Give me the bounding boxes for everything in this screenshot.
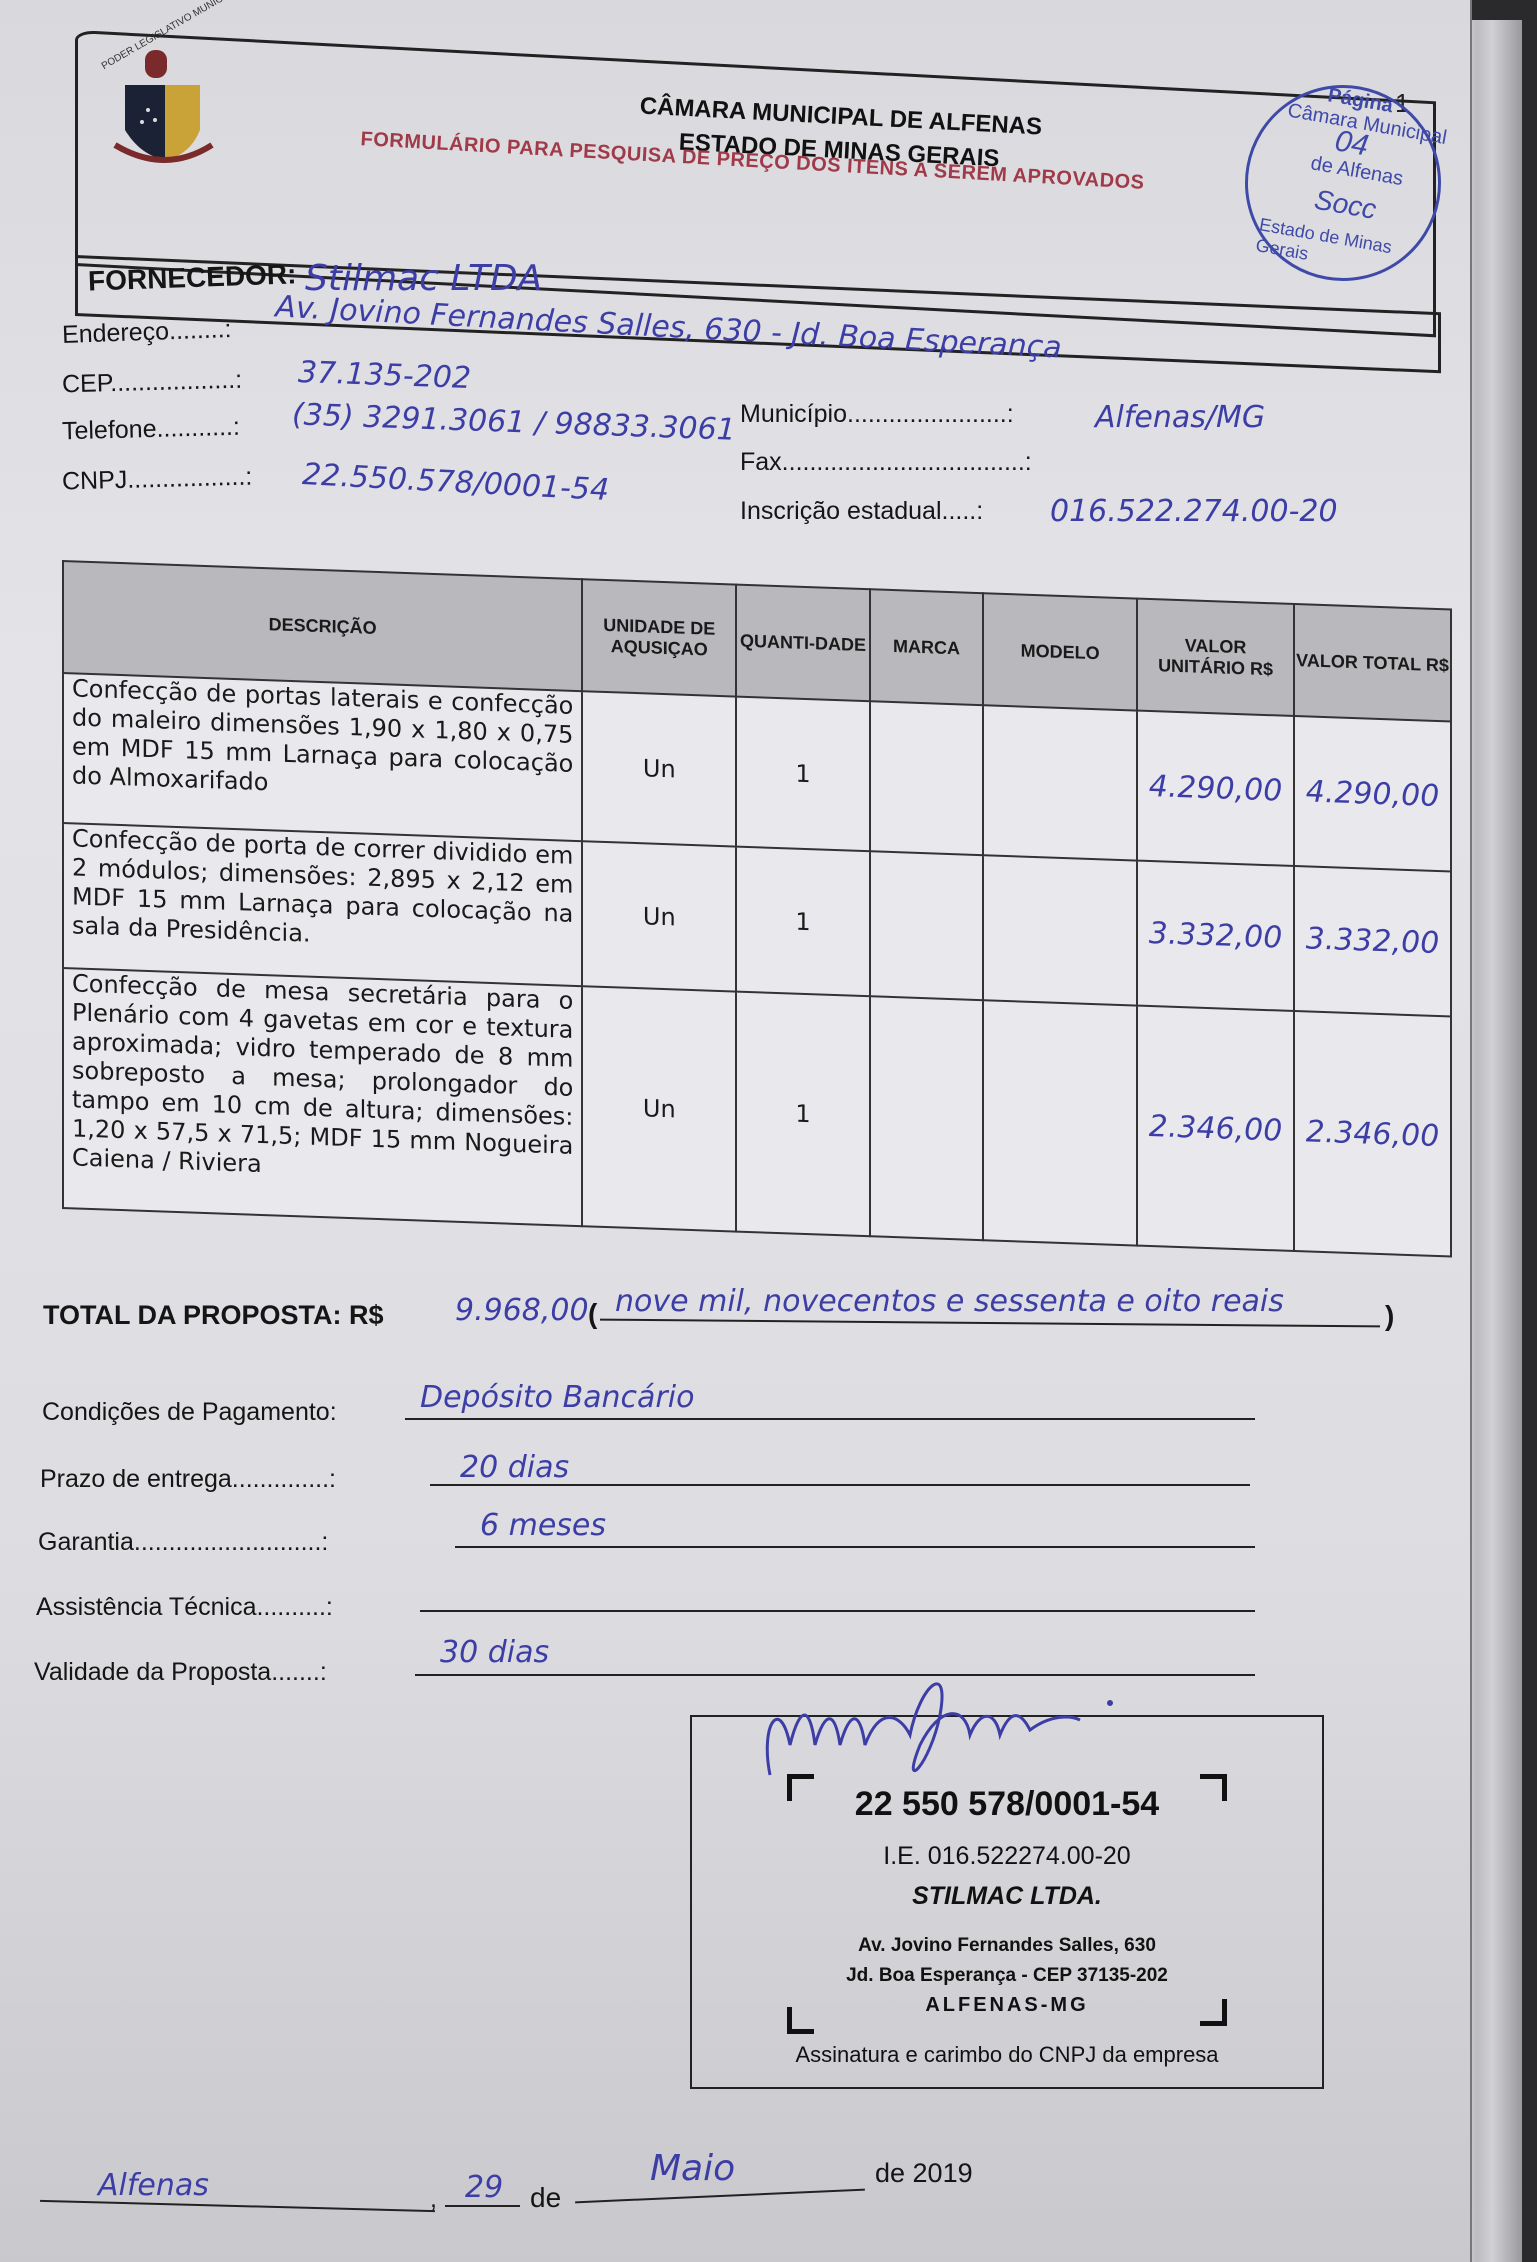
- prazo-value: 20 dias: [460, 1450, 569, 1485]
- row-modelo: [983, 705, 1137, 860]
- endereco-label: Endereço........:: [62, 315, 232, 350]
- stamp-city: ALFENAS-MG: [692, 1994, 1322, 2017]
- total-close-paren: ): [1385, 1300, 1394, 1332]
- row-descricao: Confecção de portas laterais e confecção…: [63, 673, 582, 841]
- row-marca: [870, 701, 983, 855]
- row-descricao: Confecção de porta de correr dividido em…: [63, 823, 582, 986]
- row-modelo: [983, 855, 1137, 1005]
- municipio-label: Município.......................:: [740, 400, 1014, 429]
- total-in-words: nove mil, novecentos e sessenta e oito r…: [615, 1284, 1284, 1319]
- table-row: Confecção de mesa secretária para o Plen…: [63, 968, 1451, 1256]
- row-valor-total: 2.346,00: [1294, 1011, 1451, 1256]
- telefone-value: (35) 3291.3061 / 98833.3061: [292, 397, 737, 447]
- pagamento-value: Depósito Bancário: [420, 1380, 694, 1415]
- pagamento-label: Condições de Pagamento:: [42, 1398, 337, 1427]
- total-value: 9.968,00: [455, 1293, 589, 1328]
- row-valor-unitario: 4.290,00: [1137, 711, 1294, 866]
- stamp-ie: I.E. 016.522274.00-20: [692, 1842, 1322, 1871]
- pagamento-line: [405, 1418, 1255, 1420]
- assistencia-line: [420, 1610, 1255, 1612]
- row-descricao: Confecção de mesa secretária para o Plen…: [63, 968, 582, 1226]
- garantia-line: [455, 1546, 1255, 1548]
- cnpj-label: CNPJ.................:: [62, 463, 253, 497]
- row-valor-total: 3.332,00: [1294, 866, 1451, 1016]
- signature-scribble: [750, 1665, 1190, 1795]
- validade-label: Validade da Proposta.......:: [34, 1658, 327, 1687]
- header-modelo: MODELO: [983, 593, 1137, 710]
- date-comma: ,: [430, 2185, 437, 2214]
- form-page: PODER LEGISLATIVO MUNICIPAL CÂMARA MUNIC…: [0, 0, 1472, 2262]
- date-year: de 2019: [875, 2158, 973, 2189]
- date-month: Maio: [650, 2148, 735, 2189]
- row-valor-total: 4.290,00: [1294, 716, 1451, 871]
- header-descricao: DESCRIÇÃO: [63, 561, 582, 691]
- header-quantidade: QUANTI-DADE: [736, 585, 870, 702]
- row-modelo: [983, 1000, 1137, 1245]
- date-day-line: [445, 2205, 520, 2207]
- header-marca: MARCA: [870, 589, 983, 705]
- seal-initials: Socc: [1312, 184, 1379, 226]
- date-city: Alfenas: [98, 2168, 209, 2203]
- ie-label: Inscrição estadual.....:: [740, 497, 983, 526]
- total-words-line: [600, 1319, 1380, 1328]
- telefone-label: Telefone...........:: [62, 413, 241, 447]
- stamp-caption: Assinatura e carimbo do CNPJ da empresa: [692, 2042, 1322, 2068]
- cnpj-value: 22.550.578/0001-54: [301, 457, 610, 508]
- row-marca: [870, 851, 983, 1000]
- prazo-label: Prazo de entrega..............:: [40, 1465, 336, 1494]
- municipio-value: Alfenas/MG: [1095, 400, 1265, 435]
- stamp-address1: Av. Jovino Fernandes Salles, 630: [692, 1935, 1322, 1957]
- row-quantidade: 1: [736, 992, 870, 1237]
- row-unidade: Un: [582, 841, 736, 991]
- total-open-paren: (: [588, 1298, 597, 1330]
- fax-label: Fax...................................:: [740, 448, 1032, 477]
- validade-value: 30 dias: [440, 1635, 549, 1670]
- total-label: TOTAL DA PROPOSTA: R$: [43, 1300, 384, 1331]
- items-table-wrap: DESCRIÇÃO UNIDADE DE AQUSIÇAO QUANTI-DAD…: [62, 560, 1452, 1209]
- stamp-address2: Jd. Boa Esperança - CEP 37135-202: [692, 1965, 1322, 1987]
- row-marca: [870, 996, 983, 1240]
- date-de: de: [530, 2182, 561, 2214]
- header-valor-total: VALOR TOTAL R$: [1294, 604, 1451, 721]
- date-month-line: [575, 2189, 865, 2204]
- row-unidade: Un: [582, 986, 736, 1231]
- items-table: DESCRIÇÃO UNIDADE DE AQUSIÇAO QUANTI-DAD…: [62, 560, 1452, 1258]
- row-quantidade: 1: [736, 697, 870, 852]
- header-valor-unitario: VALOR UNITÁRIO R$: [1137, 599, 1294, 716]
- cep-value: 37.135-202: [297, 355, 471, 396]
- garantia-label: Garantia...........................:: [38, 1528, 328, 1557]
- assistencia-label: Assistência Técnica..........:: [36, 1593, 333, 1622]
- row-valor-unitario: 2.346,00: [1137, 1006, 1294, 1251]
- row-valor-unitario: 3.332,00: [1137, 861, 1294, 1011]
- header-unidade: UNIDADE DE AQUSIÇAO: [582, 579, 736, 696]
- row-unidade: Un: [582, 691, 736, 846]
- ie-value: 016.522.274.00-20: [1050, 494, 1338, 529]
- date-day: 29: [465, 2170, 503, 2205]
- garantia-value: 6 meses: [480, 1508, 606, 1543]
- row-quantidade: 1: [736, 847, 870, 997]
- stamp-company: STILMAC LTDA.: [692, 1882, 1322, 1911]
- cep-label: CEP..................:: [62, 366, 243, 400]
